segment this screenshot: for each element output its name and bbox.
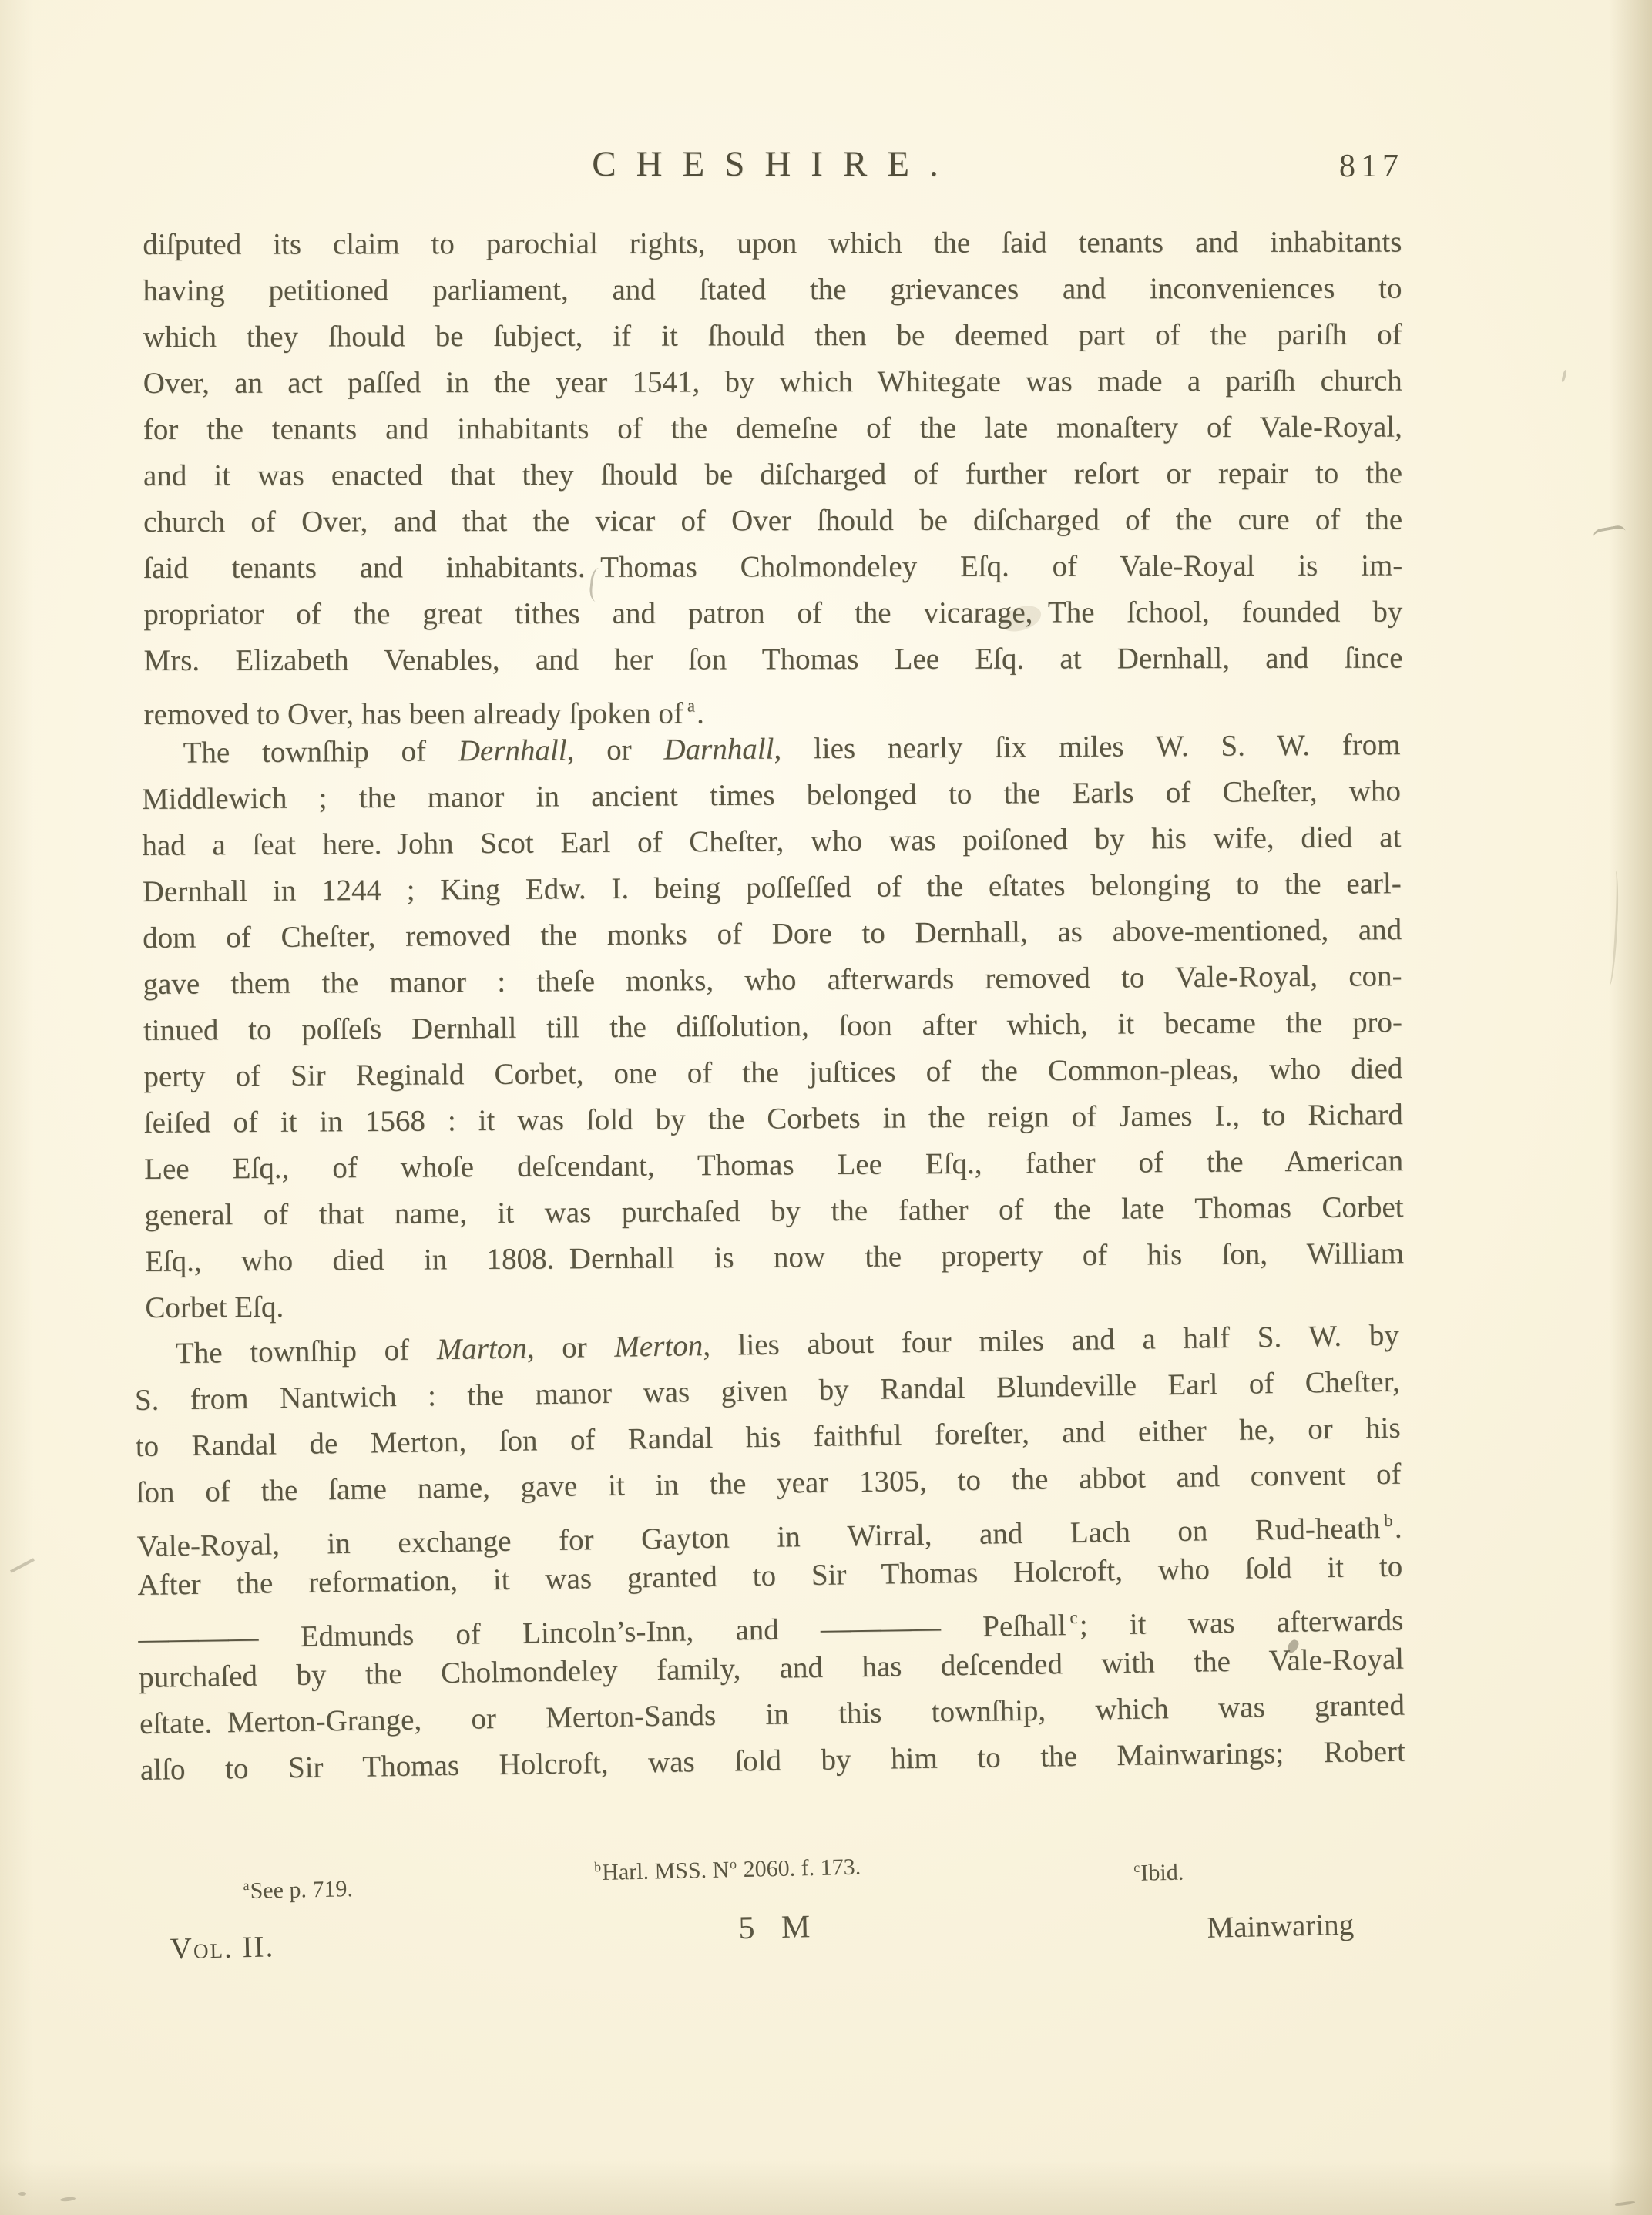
text-line: Dernhall in 1244 ; King Edw. I. being po… <box>143 861 1402 915</box>
text-segment: having petitioned parliament, and ſtated… <box>143 272 1402 307</box>
text-segment: which they ſhould be ſubject, if it ſhou… <box>143 318 1402 354</box>
footnote: aSee p. 719. <box>242 1875 353 1905</box>
text-segment: Eſq., who died in 1808. Dernhall is now … <box>145 1237 1404 1278</box>
paragraph-group: diſputed its claim to parochial rights, … <box>143 220 1402 730</box>
volume-label: Vol. II. <box>170 1929 274 1966</box>
scan-artifact-dash <box>10 1558 35 1572</box>
text-line: general of that name, it was purchaſed b… <box>144 1184 1403 1239</box>
footnote-reference: a <box>687 696 695 716</box>
footnote: cIbid. <box>1133 1859 1184 1887</box>
page-number: 817 <box>1339 148 1404 185</box>
text-segment: The townſhip of <box>183 734 458 769</box>
footnote-text-sup: o <box>730 1856 737 1871</box>
text-line: and it was enacted that they ſhould be d… <box>143 451 1402 499</box>
text-segment: gave them the manor : theſe monks, who a… <box>143 959 1402 1001</box>
footnote: bHarl. MSS. No 2060. f. 173. <box>593 1854 861 1887</box>
text-segment: Dernhall <box>458 733 567 767</box>
text-segment: , lies about four miles and a half S. W.… <box>703 1319 1399 1362</box>
paragraph-group: The townſhip of Marton, or Merton, lies … <box>134 1313 1406 1794</box>
text-segment: , or <box>526 1331 614 1365</box>
text-segment: and it was enacted that they ſhould be d… <box>143 457 1402 492</box>
text-line: Mrs. Elizabeth Venables, and her ſon Tho… <box>143 636 1402 684</box>
text-line: having petitioned parliament, and ſtated… <box>143 266 1402 314</box>
text-segment: propriator of the great tithes and patro… <box>143 596 1402 631</box>
text-segment: Mrs. Elizabeth Venables, and her ſon Tho… <box>143 642 1402 677</box>
text-segment: tinued to poſſeſs Dernhall till the diſſ… <box>143 1005 1402 1047</box>
signature-mark: 5 M <box>738 1908 820 1947</box>
text-segment: ſeiſed of it in 1568 : it was ſold by th… <box>144 1098 1403 1139</box>
text-segment: Lee Eſq., of whoſe deſcendant, Thomas Le… <box>144 1144 1403 1186</box>
scan-artifact-crease <box>1604 871 1620 986</box>
book-page: CHESHIRE. 817 diſputed its claim to paro… <box>0 0 1652 2215</box>
paragraph-group: The townſhip of Dernhall, or Darnhall, l… <box>141 722 1404 1331</box>
text-segment: The townſhip of <box>176 1333 437 1370</box>
text-line: had a ſeat here. John Scot Earl of Cheſt… <box>142 814 1401 869</box>
scan-artifact-dash <box>1615 2200 1635 2207</box>
text-line: Eſq., who died in 1808. Dernhall is now … <box>145 1230 1404 1285</box>
footnote-text: Harl. MSS. N <box>602 1857 730 1885</box>
text-line: tinued to poſſeſs Dernhall till the diſſ… <box>143 999 1402 1054</box>
footnote-text: 2060. f. 173. <box>737 1854 861 1882</box>
text-segment: . <box>1394 1512 1402 1545</box>
footnote-marker: a <box>243 1878 249 1893</box>
text-line: dom of Cheſter, removed the monks of Dor… <box>143 907 1402 962</box>
scan-artifact-tick <box>1561 370 1567 382</box>
text-segment: . <box>697 696 704 730</box>
text-segment: , lies nearly ſix miles W. S. W. from <box>774 728 1400 765</box>
text-segment: dom of Cheſter, removed the monks of Dor… <box>143 913 1402 955</box>
text-segment: Darnhall <box>663 733 774 767</box>
text-segment: Marton <box>436 1331 527 1366</box>
text-segment: perty of Sir Reginald Corbet, one of the… <box>143 1052 1402 1093</box>
text-line: propriator of the great tithes and patro… <box>143 589 1402 638</box>
text-segment: ſaid tenants and inhabitants. Thomas Cho… <box>143 549 1402 585</box>
footnote-text: See p. 719. <box>250 1876 353 1904</box>
footnote-reference: c <box>1069 1608 1078 1627</box>
text-segment: Middlewich ; the manor in ancient times … <box>142 774 1401 816</box>
text-line: Over, an act paſſed in the year 1541, by… <box>143 358 1402 407</box>
scan-artifact-dot <box>18 2192 26 2196</box>
text-line: perty of Sir Reginald Corbet, one of the… <box>143 1045 1402 1100</box>
scan-artifact-squiggle <box>1593 524 1627 543</box>
text-line: ſeiſed of it in 1568 : it was ſold by th… <box>144 1092 1403 1146</box>
text-line: gave them the manor : theſe monks, who a… <box>143 953 1402 1008</box>
text-segment: diſputed its claim to parochial rights, … <box>143 226 1402 261</box>
text-line: ſaid tenants and inhabitants. Thomas Cho… <box>143 543 1402 592</box>
text-line: Lee Eſq., of whoſe deſcendant, Thomas Le… <box>144 1138 1403 1193</box>
text-line: diſputed its claim to parochial rights, … <box>143 220 1402 268</box>
text-line: which they ſhould be ſubject, if it ſhou… <box>143 312 1402 361</box>
text-segment: church of Over, and that the vicar of Ov… <box>143 503 1402 539</box>
text-line: church of Over, and that the vicar of Ov… <box>143 497 1402 545</box>
text-segment: Corbet Eſq. <box>145 1290 284 1324</box>
text-line: Middlewich ; the manor in ancient times … <box>142 768 1401 823</box>
text-segment: general of that name, it was purchaſed b… <box>144 1190 1403 1232</box>
text-segment: , or <box>566 733 663 767</box>
text-segment: had a ſeat here. John Scot Earl of Cheſt… <box>142 821 1401 862</box>
scan-artifact-dot <box>60 2197 76 2202</box>
text-segment: for the tenants and inhabitants of the d… <box>143 411 1402 446</box>
text-segment: Merton <box>614 1329 703 1364</box>
body-text: diſputed its claim to parochial rights, … <box>143 222 1402 1794</box>
footnote-text: Ibid. <box>1140 1860 1184 1886</box>
text-segment: Over, an act paſſed in the year 1541, by… <box>143 364 1402 400</box>
footnote-marker: c <box>1133 1860 1140 1875</box>
text-line: for the tenants and inhabitants of the d… <box>143 404 1402 453</box>
text-segment: Dernhall in 1244 ; King Edw. I. being po… <box>143 867 1402 908</box>
footnote-reference: b <box>1384 1511 1393 1530</box>
footnote-marker: b <box>594 1859 601 1874</box>
text-line: The townſhip of Dernhall, or Darnhall, l… <box>141 722 1400 777</box>
text-segment: ; it was afterwards <box>1079 1604 1403 1642</box>
text-segment: removed to Over, has been already ſpoken… <box>144 697 683 731</box>
catchword: Mainwaring <box>1207 1908 1355 1945</box>
